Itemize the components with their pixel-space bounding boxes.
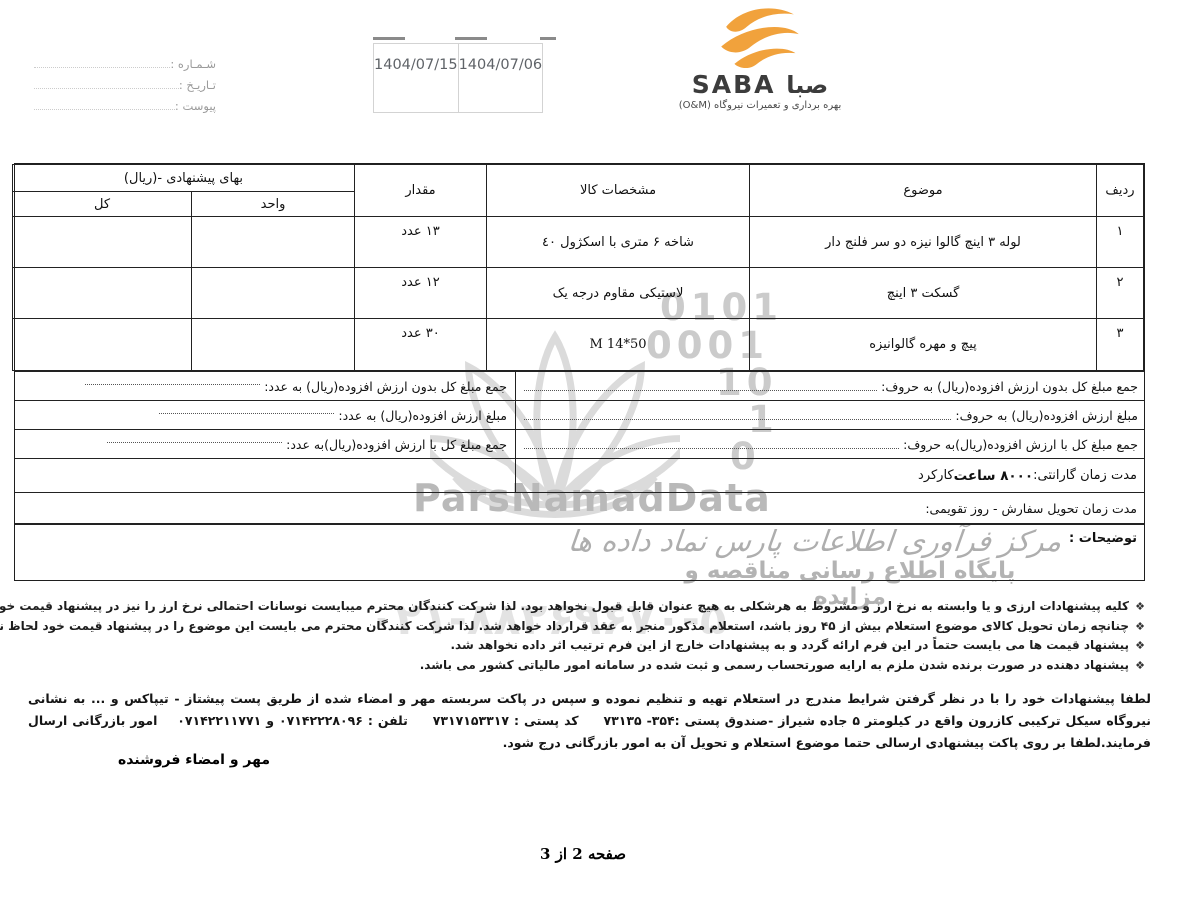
diamond-bullet-icon: ❖ (1129, 636, 1145, 656)
saba-logo: SABA صبا بهره برداری و تعمیرات نیروگاه (… (655, 2, 865, 111)
summary-number-label: مبلغ ارزش افزوده(ریال) به عدد: (338, 408, 507, 423)
notes-row: توضیحات : (15, 523, 1144, 580)
term-text: پیشنهاد قیمت ها می بایست حتماً در این فر… (450, 636, 1129, 656)
col-header-qty: مقدار (355, 165, 487, 217)
warranty-suffix: کارکرد (918, 468, 954, 483)
col-header-subject: موضوع (750, 165, 1097, 217)
summary-words-label: جمع مبلغ کل با ارزش افزوده(ریال)به حروف: (903, 437, 1138, 452)
ref-date-row: تـاریـخ : (30, 71, 216, 92)
col-header-price-group: بهای پیشنهادی -(ریال) (12, 165, 354, 192)
mailing-instructions: لطفا پیشنهادات خود را با در نظر گرفتن شر… (28, 688, 1151, 754)
items-table: ردیف موضوع مشخصات کالا مقدار بهای پیشنها… (12, 164, 1144, 371)
item-qty: ۳۰ عدد (355, 319, 487, 371)
ref-number-label: شـمـاره : (170, 57, 216, 71)
ref-number-row: شـمـاره : (30, 50, 216, 71)
summary-number-cell: جمع مبلغ کل بدون ارزش افزوده(ریال) به عد… (15, 379, 515, 394)
ref-attachment-row: پیوست : (30, 92, 216, 113)
summary-words-cell: جمع مبلغ کل بدون ارزش افزوده(ریال) به حر… (515, 372, 1144, 400)
summary-words-cell: مبلغ ارزش افزوده(ریال) به حروف: (515, 401, 1144, 429)
term-text: چنانچه زمان تحویل کالای موضوع استعلام بی… (0, 617, 1129, 637)
ref-attachment-label: پیوست : (175, 99, 216, 113)
item-unit-price (192, 268, 355, 319)
item-total-price (12, 268, 191, 319)
warranty-hours: ۸۰۰۰ ساعت (954, 468, 1034, 484)
list-item: ❖ پیشنهاد دهنده در صورت برنده شدن ملزم ب… (180, 656, 1145, 676)
item-unit-price (192, 217, 355, 268)
delivery-row: مدت زمان تحویل سفارش - روز تقویمی: (15, 492, 1144, 523)
saba-subtitle: بهره برداری و تعمیرات نیروگاه (O&M) (655, 100, 865, 111)
diamond-bullet-icon: ❖ (1129, 597, 1145, 617)
diamond-bullet-icon: ❖ (1129, 617, 1145, 637)
list-item: ❖ کلیه پیشنهادات ارزی و یا وابسته به نرخ… (180, 597, 1145, 617)
item-specs: لاستیکی مقاوم درجه یک (487, 268, 750, 319)
item-subject: پیچ و مهره گالوانیزه (750, 319, 1097, 371)
saba-wordmark: SABA صبا (655, 72, 865, 98)
delivery-label: مدت زمان تحویل سفارش - روز تقویمی: (925, 501, 1137, 516)
table-row: ۳ پیچ و مهره گالوانیزه M 14*50 ۳۰ عدد (12, 319, 1143, 371)
summary-number-label: جمع مبلغ کل با ارزش افزوده(ریال)به عدد: (286, 437, 507, 452)
summary-words-label: مبلغ ارزش افزوده(ریال) به حروف: (955, 408, 1138, 423)
col-header-specs: مشخصات کالا (487, 165, 750, 217)
item-total-price (12, 319, 191, 371)
ref-date-fill-line (34, 88, 179, 89)
item-qty: ۱۳ عدد (355, 217, 487, 268)
fill-in-dotted-line (159, 413, 334, 414)
table-row: ۱ لوله ۳ اینچ گالوا نیزه دو سر فلنج دار … (12, 217, 1143, 268)
term-text: پیشنهاد دهنده در صورت برنده شدن ملزم به … (420, 656, 1129, 676)
summary-number-label: جمع مبلغ کل بدون ارزش افزوده(ریال) به عد… (264, 379, 507, 394)
warranty-label: مدت زمان گارانتی: (1033, 468, 1137, 483)
row-number: ۲ (1097, 268, 1144, 319)
summary-words-label: جمع مبلغ کل بدون ارزش افزوده(ریال) به حر… (881, 379, 1138, 394)
fill-in-dotted-line (524, 448, 899, 449)
summary-row-vat: مبلغ ارزش افزوده(ریال) به حروف: مبلغ ارز… (15, 400, 1144, 429)
item-subject: گسکت ۳ اینچ (750, 268, 1097, 319)
row-number: ۳ (1097, 319, 1144, 371)
date-boxes: 1404/07/15 1404/07/06 (373, 43, 540, 113)
summary-row-total-before-vat: جمع مبلغ کل بدون ارزش افزوده(ریال) به حر… (15, 371, 1144, 400)
summary-words-cell: جمع مبلغ کل با ارزش افزوده(ریال)به حروف: (515, 430, 1144, 458)
saba-swoosh-icon (700, 2, 820, 68)
row-number: ۱ (1097, 217, 1144, 268)
saba-wordmark-en: SABA (692, 70, 776, 99)
inquiry-table: ردیف موضوع مشخصات کالا مقدار بهای پیشنها… (14, 163, 1145, 581)
list-item: ❖ پیشنهاد قیمت ها می بایست حتماً در این … (180, 636, 1145, 656)
item-subject: لوله ۳ اینچ گالوا نیزه دو سر فلنج دار (750, 217, 1097, 268)
col-header-total-price: کل (12, 192, 191, 217)
list-item: ❖ چنانچه زمان تحویل کالای موضوع استعلام … (180, 617, 1145, 637)
date-box-top-cap (540, 37, 556, 40)
issue-date: 1404/07/06 (459, 43, 544, 113)
warranty-cell: مدت زمان گارانتی: ۸۰۰۰ ساعت کارکرد (515, 459, 1144, 492)
terms-list: ❖ کلیه پیشنهادات ارزی و یا وابسته به نرخ… (180, 597, 1145, 675)
col-header-row-no: ردیف (1097, 165, 1144, 217)
col-header-unit-price: واحد (192, 192, 355, 217)
seller-signature-label: مهر و امضاء فروشنده (118, 752, 270, 768)
summary-number-cell: جمع مبلغ کل با ارزش افزوده(ریال)به عدد: (15, 437, 515, 452)
deadline-date: 1404/07/15 (373, 43, 459, 113)
fill-in-dotted-line (524, 390, 877, 391)
fill-in-dotted-line (524, 419, 951, 420)
term-text: کلیه پیشنهادات ارزی و یا وابسته به نرخ ا… (0, 597, 1129, 617)
document-page: 0101 0001 10 1 0 ParsNamadData مرکز فرآو… (0, 0, 1181, 916)
summary-row-total-with-vat: جمع مبلغ کل با ارزش افزوده(ریال)به حروف:… (15, 429, 1144, 458)
item-specs: M 14*50 (487, 319, 750, 371)
date-box-top-cap (373, 37, 405, 40)
item-total-price (12, 217, 191, 268)
fill-in-dotted-line (107, 442, 282, 443)
reference-block: شـمـاره : تـاریـخ : پیوست : (30, 50, 216, 113)
page-number: صفحه 2 از 3 (540, 845, 626, 863)
diamond-bullet-icon: ❖ (1129, 656, 1145, 676)
item-qty: ۱۲ عدد (355, 268, 487, 319)
ref-date-label: تـاریـخ : (179, 78, 216, 92)
item-specs: شاخه ۶ متری با اسکژول ٤٠ (487, 217, 750, 268)
saba-wordmark-fa: صبا (786, 71, 828, 99)
warranty-row: مدت زمان گارانتی: ۸۰۰۰ ساعت کارکرد (15, 458, 1144, 492)
date-box-top-cap (455, 37, 487, 40)
summary-number-cell: مبلغ ارزش افزوده(ریال) به عدد: (15, 408, 515, 423)
fill-in-dotted-line (85, 384, 260, 385)
ref-number-fill-line (34, 67, 170, 68)
item-unit-price (192, 319, 355, 371)
table-row: ۲ گسکت ۳ اینچ لاستیکی مقاوم درجه یک ۱۲ ع… (12, 268, 1143, 319)
ref-attachment-fill-line (34, 109, 175, 110)
notes-label: توضیحات : (1069, 531, 1137, 546)
